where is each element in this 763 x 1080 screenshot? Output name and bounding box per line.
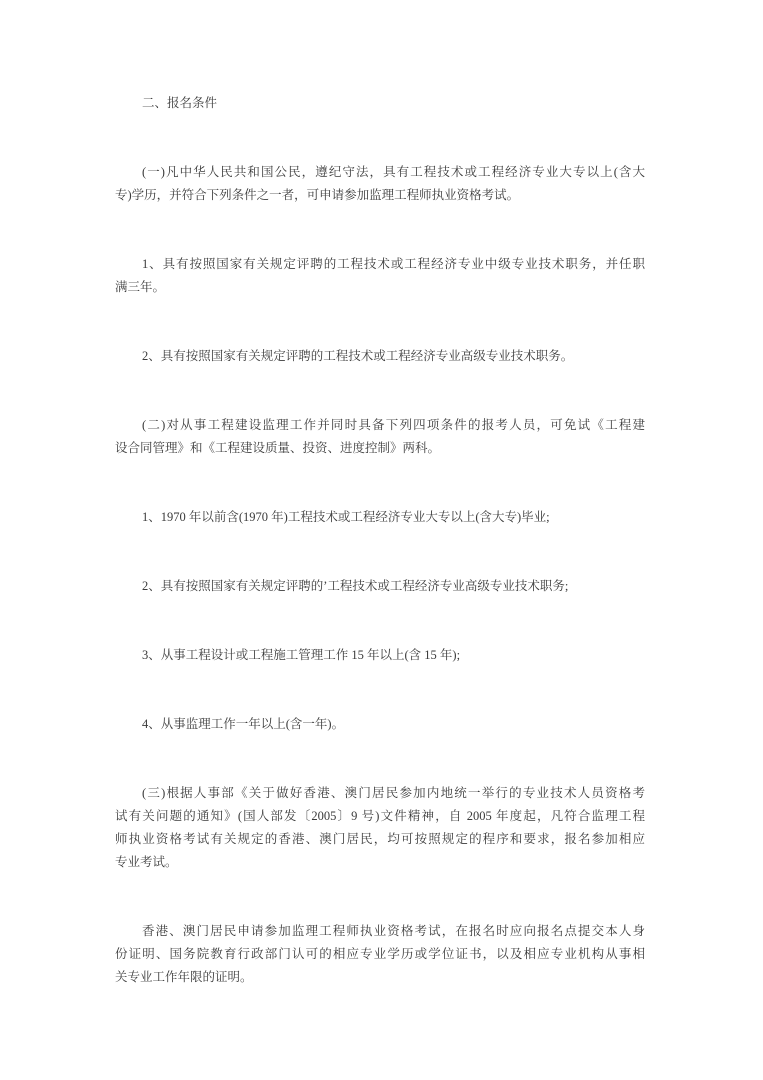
paragraph: 2、具有按照国家有关规定评聘的工程技术或工程经济专业高级专业技术职务。 bbox=[115, 345, 645, 368]
paragraph: (一)凡中华人民共和国公民，遵纪守法，具有工程技术或工程经济专业大专以上(含大专… bbox=[115, 161, 645, 207]
paragraph-line: 2、具有按照国家有关规定评聘的工程技术或工程经济专业高级专业技术职务。 bbox=[115, 345, 645, 368]
document-body: (一)凡中华人民共和国公民，遵纪守法，具有工程技术或工程经济专业大专以上(含大专… bbox=[115, 161, 645, 989]
paragraph: 1、1970 年以前含(1970 年)工程技术或工程经济专业大专以上(含大专)毕… bbox=[115, 506, 645, 529]
paragraph-line: (一)凡中华人民共和国公民，遵纪守法，具有工程技术或工程经济专业大专以上(含大 bbox=[115, 161, 645, 184]
paragraph: 4、从事监理工作一年以上(含一年)。 bbox=[115, 713, 645, 736]
paragraph-line: 份证明、国务院教育行政部门认可的相应专业学历或学位证书，以及相应专业机构从事相 bbox=[115, 943, 645, 966]
paragraph-line: 2、具有按照国家有关规定评聘的’工程技术或工程经济专业高级专业技术职务; bbox=[115, 575, 645, 598]
section-heading: 二、报名条件 bbox=[115, 92, 645, 115]
paragraph-line: 设合同管理》和《工程建设质量、投资、进度控制》两科。 bbox=[115, 437, 645, 460]
paragraph-line: 香港、澳门居民申请参加监理工程师执业资格考试，在报名时应向报名点提交本人身 bbox=[115, 920, 645, 943]
paragraph-line: 师执业资格考试有关规定的香港、澳门居民，均可按照规定的程序和要求，报名参加相应 bbox=[115, 828, 645, 851]
paragraph-line: 专)学历，并符合下列条件之一者，可申请参加监理工程师执业资格考试。 bbox=[115, 184, 645, 207]
paragraph: (二)对从事工程建设监理工作并同时具备下列四项条件的报考人员，可免试《工程建设合… bbox=[115, 414, 645, 460]
paragraph-line: 满三年。 bbox=[115, 276, 645, 299]
document-page: 二、报名条件 (一)凡中华人民共和国公民，遵纪守法，具有工程技术或工程经济专业大… bbox=[0, 0, 645, 989]
paragraph: 2、具有按照国家有关规定评聘的’工程技术或工程经济专业高级专业技术职务; bbox=[115, 575, 645, 598]
paragraph-line: 1、具有按照国家有关规定评聘的工程技术或工程经济专业中级专业技术职务，并任职 bbox=[115, 253, 645, 276]
paragraph-line: 关专业工作年限的证明。 bbox=[115, 966, 645, 989]
paragraph-line: 3、从事工程设计或工程施工管理工作 15 年以上(含 15 年); bbox=[115, 644, 645, 667]
paragraph-line: (三)根据人事部《关于做好香港、澳门居民参加内地统一举行的专业技术人员资格考 bbox=[115, 782, 645, 805]
paragraph: 1、具有按照国家有关规定评聘的工程技术或工程经济专业中级专业技术职务，并任职满三… bbox=[115, 253, 645, 299]
paragraph-line: (二)对从事工程建设监理工作并同时具备下列四项条件的报考人员，可免试《工程建 bbox=[115, 414, 645, 437]
paragraph-line: 4、从事监理工作一年以上(含一年)。 bbox=[115, 713, 645, 736]
paragraph-line: 1、1970 年以前含(1970 年)工程技术或工程经济专业大专以上(含大专)毕… bbox=[115, 506, 645, 529]
paragraph: 3、从事工程设计或工程施工管理工作 15 年以上(含 15 年); bbox=[115, 644, 645, 667]
paragraph-line: 试有关问题的通知》(国人部发〔2005〕9 号)文件精神，自 2005 年度起，… bbox=[115, 805, 645, 828]
paragraph-line: 专业考试。 bbox=[115, 851, 645, 874]
paragraph: 香港、澳门居民申请参加监理工程师执业资格考试，在报名时应向报名点提交本人身份证明… bbox=[115, 920, 645, 989]
section-heading-text: 二、报名条件 bbox=[115, 92, 645, 115]
paragraph: (三)根据人事部《关于做好香港、澳门居民参加内地统一举行的专业技术人员资格考试有… bbox=[115, 782, 645, 874]
